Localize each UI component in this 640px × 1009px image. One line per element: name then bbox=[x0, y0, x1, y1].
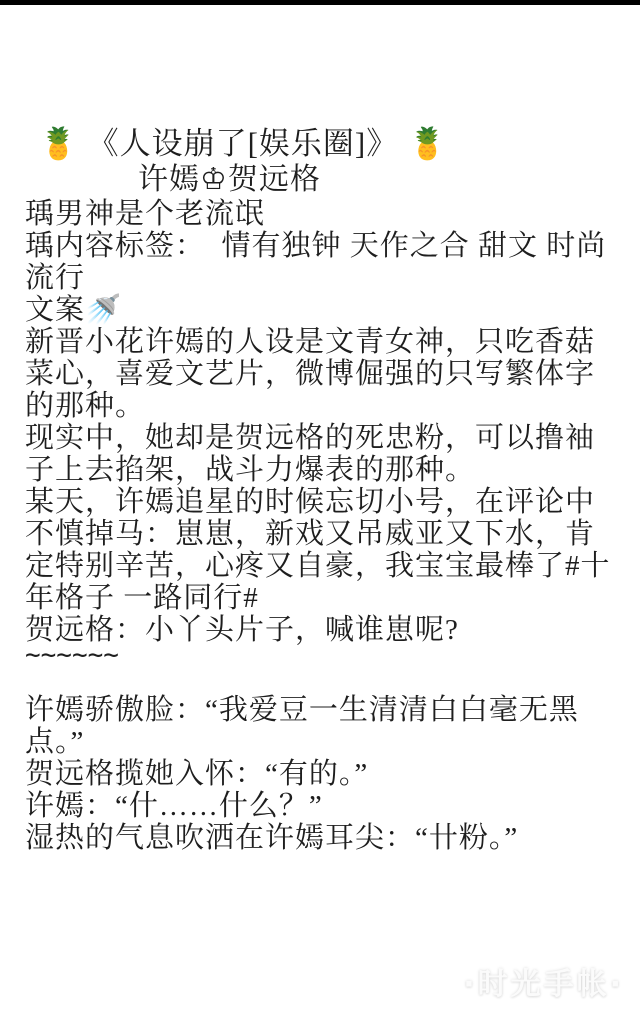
tags-line: 瑀内容标签： 情有独钟 天作之合 甜文 时尚流行 bbox=[25, 230, 624, 294]
dialogue-paragraph: 湿热的气息吹洒在许嫣耳尖：“卄粉。” bbox=[25, 822, 624, 854]
dialogue-paragraph: 许嫣：“什……什么？” bbox=[25, 790, 624, 822]
hero-name: 贺远格 bbox=[228, 163, 321, 196]
note-content: 🍍《人设崩了[娱乐圈]》🍍 许嫣♔贺远格 瑀男神是个老流氓 瑀内容标签： 情有独… bbox=[25, 128, 624, 854]
synopsis-header-line: 文案🚿 bbox=[25, 294, 624, 326]
crown-icon: ♔ bbox=[200, 162, 228, 197]
heroine-name: 许嫣 bbox=[138, 163, 200, 196]
book-title: 《人设崩了[娱乐圈]》 bbox=[78, 126, 409, 161]
dialogue-paragraph: 许嫣骄傲脸：“我爱豆一生清清白白毫无黑点。” bbox=[25, 694, 624, 758]
top-border-bar bbox=[0, 0, 640, 5]
tilde-divider: ~~~~~~ bbox=[25, 646, 624, 664]
couple-pairing-line: 许嫣♔贺远格 bbox=[25, 164, 624, 196]
synopsis-paragraph: 现实中，她却是贺远格的死忠粉，可以撸袖子上去掐架，战斗力爆表的那种。 bbox=[25, 422, 624, 486]
dialogue-paragraph: 贺远格揽她入怀：“有的。” bbox=[25, 758, 624, 790]
book-title-line: 🍍《人设崩了[娱乐圈]》🍍 bbox=[25, 128, 624, 160]
synopsis-paragraph: 某天，许嫣追星的时候忘切小号，在评论中不慎掉马：崽崽，新戏又吊威亚又下水，肯定特… bbox=[25, 486, 624, 614]
pineapple-icon: 🍍 bbox=[39, 126, 78, 161]
note-page: 🍍《人设崩了[娱乐圈]》🍍 许嫣♔贺远格 瑀男神是个老流氓 瑀内容标签： 情有独… bbox=[0, 0, 640, 1009]
note-line: 瑀男神是个老流氓 bbox=[25, 198, 624, 230]
pineapple-icon: 🍍 bbox=[408, 126, 447, 161]
synopsis-paragraph: 新晋小花许嫣的人设是文青女神，只吃香菇菜心，喜爱文艺片，微博倔强的只写繁体字的那… bbox=[25, 326, 624, 422]
app-watermark: ·时光手帐· bbox=[463, 959, 624, 1003]
